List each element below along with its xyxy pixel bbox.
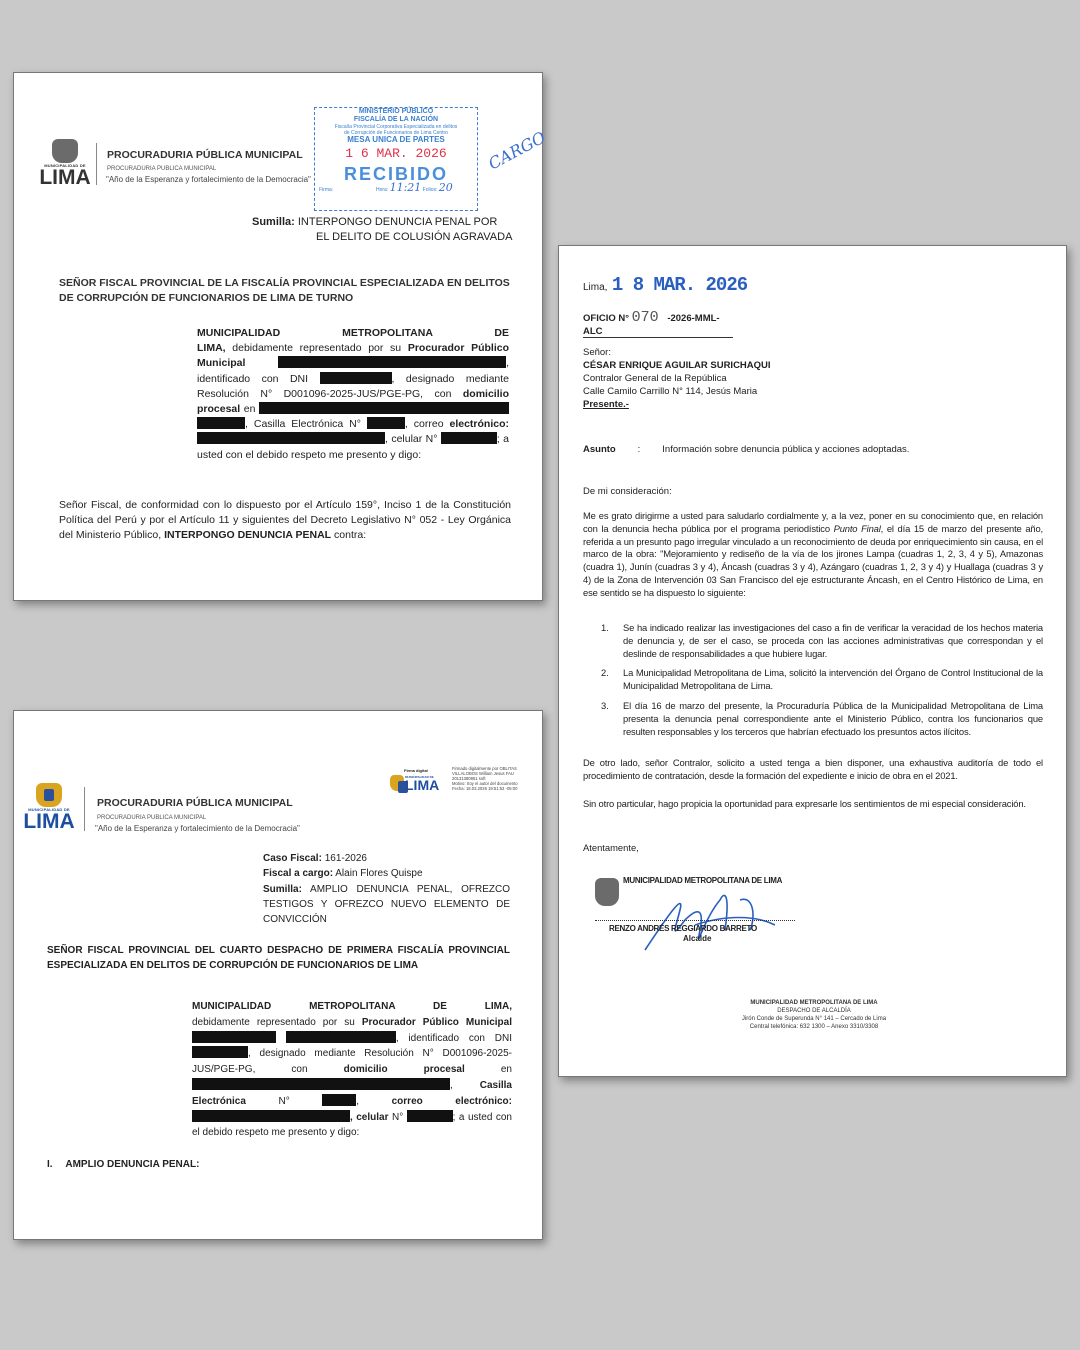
section-heading: I. AMPLIO DENUNCIA PENAL: xyxy=(47,1159,199,1170)
letterhead-footer: MUNICIPALIDAD METROPOLITANA DE LIMA DESP… xyxy=(679,999,949,1031)
signatory-name: RENZO ANDRÉS REGGIARDO BARRETO xyxy=(609,924,757,933)
closing: Atentamente, xyxy=(583,841,639,854)
greeting: De mi consideración: xyxy=(583,485,672,498)
case-info: Caso Fiscal: 161-2026 Fiscal a cargo: Al… xyxy=(263,851,510,927)
redacted-email xyxy=(192,1110,350,1122)
header-divider xyxy=(96,143,97,185)
header-subtitle: PROCURADURIA PUBLICA MUNICIPAL xyxy=(107,166,216,172)
sumilla: Sumilla: INTERPONGO DENUNCIA PENAL POR xyxy=(252,215,497,230)
redacted-address xyxy=(192,1078,450,1090)
party-identification: MUNICIPALIDAD METROPOLITANA DE LIMA, deb… xyxy=(192,999,512,1141)
reception-stamp: MINISTERIO PÚBLICO FISCALÍA DE LA NACIÓN… xyxy=(314,107,478,211)
asunto: Asunto : Información sobre denuncia públ… xyxy=(583,443,909,456)
coat-of-arms-icon xyxy=(52,139,78,163)
coat-of-arms-icon xyxy=(390,775,404,791)
cargo-handwritten-note: CARGO xyxy=(485,128,548,174)
redacted-dni xyxy=(320,372,392,384)
redacted-name xyxy=(278,356,506,368)
actions-list: 1. Se ha indicado realizar las investiga… xyxy=(601,622,1043,738)
signatory-title: Alcalde xyxy=(683,934,711,943)
lima-municipality-logo: MUNICIPALIDAD DE LIMA xyxy=(18,783,80,832)
document-page-oficio: Lima, 1 8 MAR. 2026 OFICIO N° 070 -2026-… xyxy=(558,245,1067,1077)
redacted-name xyxy=(192,1031,276,1043)
document-page-denuncia-penal: MUNICIPALIDAD DE LIMA PROCURADURIA PÚBLI… xyxy=(13,72,543,601)
header-title: PROCURADURIA PÚBLICA MUNICIPAL xyxy=(107,149,303,161)
lima-municipality-logo: MUNICIPALIDAD DE LIMA xyxy=(34,139,96,188)
oficio-date-line: Lima, 1 8 MAR. 2026 xyxy=(583,274,747,296)
recipient-block: Señor: CÉSAR ENRIQUE AGUILAR SURICHAQUI … xyxy=(583,346,771,411)
prosecutor-name: Alain Flores Quispe xyxy=(335,868,422,879)
oficio-paragraph-1: Me es grato dirigirme a usted para salud… xyxy=(583,510,1043,600)
header-motto: "Año de la Esperanza y fortalecimiento d… xyxy=(106,175,311,184)
addressee: SEÑOR FISCAL PROVINCIAL DE LA FISCALÍA P… xyxy=(59,276,511,306)
oficio-paragraph-2: De otro lado, señor Contralor, solicito … xyxy=(583,757,1043,783)
coat-of-arms-icon xyxy=(595,878,619,906)
redacted-casilla xyxy=(367,417,405,429)
redacted-phone xyxy=(407,1110,453,1122)
header-divider xyxy=(84,787,85,831)
signature-block: MUNICIPALIDAD METROPOLITANA DE LIMA RENZ… xyxy=(595,874,795,954)
redacted-email xyxy=(197,432,385,444)
date-stamp: 1 8 MAR. 2026 xyxy=(612,274,747,296)
document-page-ampliacion-denuncia: MUNICIPALIDAD DE LIMA PROCURADURIA PÚBLI… xyxy=(13,710,543,1240)
header-motto: "Año de la Esperanza y fortalecimiento d… xyxy=(95,824,300,833)
digital-signature-block: Firma digital MUNICIPALIDAD DE LIMA Firm… xyxy=(390,765,540,797)
redacted-casilla xyxy=(322,1094,356,1106)
redacted-phone xyxy=(441,432,497,444)
redacted-dni xyxy=(192,1046,248,1058)
body-paragraph: Señor Fiscal, de conformidad con lo disp… xyxy=(59,498,511,543)
oficio-number: OFICIO N° 070 -2026-MML-ALC xyxy=(583,309,733,338)
list-item: 1. Se ha indicado realizar las investiga… xyxy=(601,622,1043,660)
party-identification: MUNICIPALIDAD METROPOLITANA DE LIMA, deb… xyxy=(197,326,509,463)
header-title: PROCURADURIA PÚBLICA MUNICIPAL xyxy=(97,797,293,809)
case-number: 161-2026 xyxy=(325,853,367,864)
redacted-address xyxy=(259,402,509,414)
stamp-date: 1 6 MAR. 2026 xyxy=(315,144,477,164)
list-item: 3. El día 16 de marzo del presente, la P… xyxy=(601,700,1043,738)
addressee: SEÑOR FISCAL PROVINCIAL DEL CUARTO DESPA… xyxy=(47,943,510,973)
coat-of-arms-icon xyxy=(36,783,62,807)
oficio-paragraph-3: Sin otro particular, hago propicia la op… xyxy=(583,798,1043,811)
list-item: 2. La Municipalidad Metropolitana de Lim… xyxy=(601,667,1043,693)
header-subtitle: PROCURADURIA PUBLICA MUNICIPAL xyxy=(97,815,206,821)
